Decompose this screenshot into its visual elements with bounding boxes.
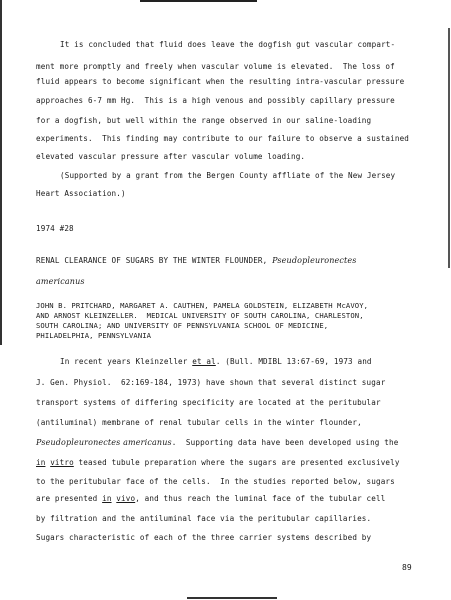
authors-line: JOHN B. PRITCHARD, MARGARET A. CAUTHEN, … (36, 301, 368, 310)
paragraph-line: fluid appears to become significant when… (36, 77, 404, 86)
abstract-title-cont: americanus (36, 277, 85, 286)
support-note-line: Heart Association.) (36, 189, 126, 198)
authors-line: SOUTH CAROLINA; AND UNIVERSITY OF PENNSY… (36, 321, 328, 330)
page-number: 89 (402, 563, 412, 572)
body-line: In recent years Kleinzeller et al. (Bull… (60, 357, 372, 366)
abstract-number: 1974 #28 (36, 224, 74, 233)
scan-top-bar (140, 0, 257, 2)
authors-line: AND ARNOST KLEINZELLER. MEDICAL UNIVERSI… (36, 311, 364, 320)
support-note-line: (Supported by a grant from the Bergen Co… (60, 171, 395, 180)
scan-bottom-bar (187, 597, 277, 599)
scan-right-edge (448, 28, 450, 268)
paragraph-line: It is concluded that fluid does leave th… (60, 40, 395, 49)
authors-line: PHILADELPHIA, PENNSYLVANIA (36, 331, 151, 340)
scan-left-edge (0, 0, 2, 345)
paragraph-line: elevated vascular pressure after vascula… (36, 152, 305, 161)
abstract-title: RENAL CLEARANCE OF SUGARS BY THE WINTER … (36, 256, 357, 265)
paragraph-line: experiments. This finding may contribute… (36, 134, 409, 143)
body-line: Sugars characteristic of each of the thr… (36, 533, 371, 542)
body-line: transport systems of differing specifici… (36, 398, 381, 407)
body-line: to the peritubular face of the cells. In… (36, 477, 395, 486)
body-line: in vitro teased tubule preparation where… (36, 458, 400, 467)
body-line: Pseudopleuronectes americanus. Supportin… (36, 438, 398, 447)
paragraph-line: ment more promptly and freely when vascu… (36, 62, 395, 71)
body-line: by filtration and the antiluminal face v… (36, 514, 371, 523)
paragraph-line: approaches 6-7 mm Hg. This is a high ven… (36, 96, 395, 105)
paragraph-line: for a dogfish, but well within the range… (36, 116, 371, 125)
body-line: are presented in vivo, and thus reach th… (36, 494, 385, 503)
body-line: (antiluminal) membrane of renal tubular … (36, 418, 362, 427)
body-line: J. Gen. Physiol. 62:169-184, 1973) have … (36, 378, 385, 387)
